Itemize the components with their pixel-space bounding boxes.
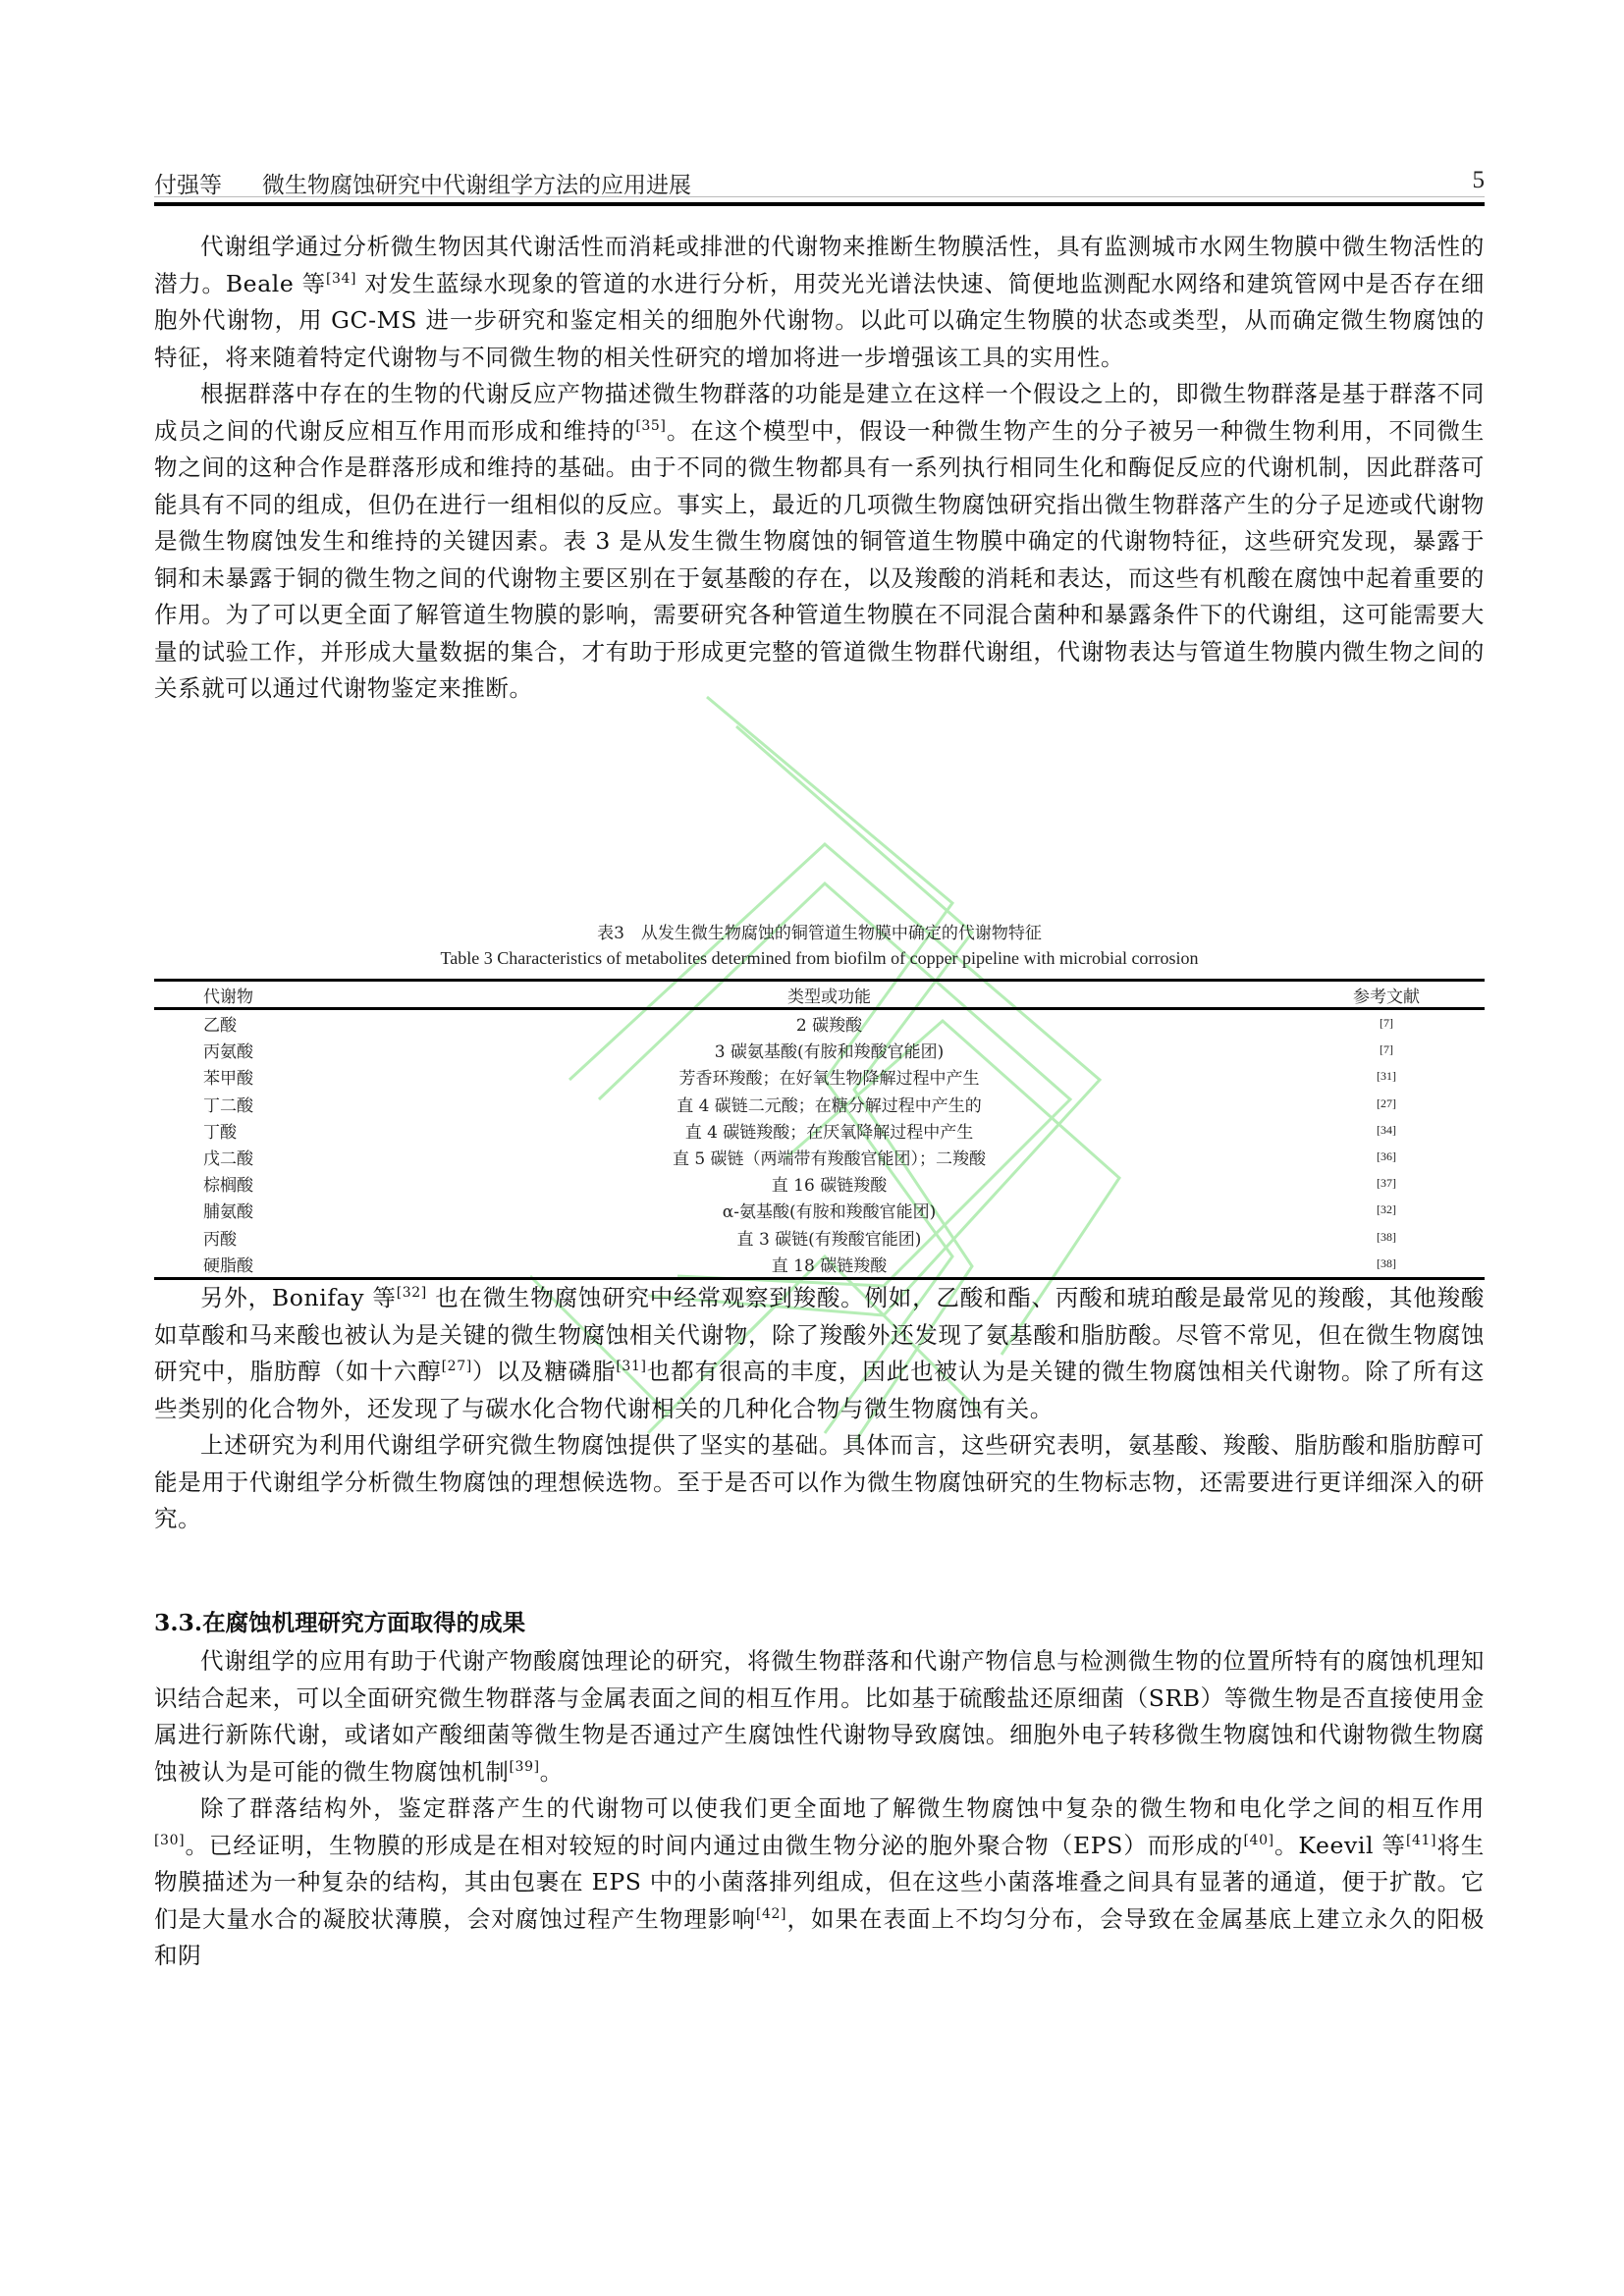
paragraph: 上述研究为利用代谢组学研究微生物腐蚀提供了坚实的基础。具体而言，这些研究表明，氨… xyxy=(154,1427,1485,1538)
header-rule xyxy=(154,202,1485,206)
paragraph: 代谢组学通过分析微生物因其代谢活性而消耗或排泄的代谢物来推断生物膜活性，具有监测… xyxy=(154,229,1485,376)
table-header-row: 代谢物 类型或功能 参考文献 xyxy=(154,981,1485,1009)
cell-reference: [31] xyxy=(1288,1063,1485,1090)
cell-metabolite: 丙酸 xyxy=(154,1224,370,1251)
header-title: 微生物腐蚀研究中代谢组学方法的应用进展 xyxy=(262,167,691,199)
table-caption-cn: 表3 从发生微生物腐蚀的铜管道生物膜中确定的代谢物特征 xyxy=(154,919,1485,943)
citation: [35] xyxy=(635,418,666,434)
table-row: 乙酸2 碳羧酸[7] xyxy=(154,1009,1485,1038)
cell-reference: [7] xyxy=(1288,1009,1485,1038)
cell-metabolite: 棕榈酸 xyxy=(154,1170,370,1197)
citation: [39] xyxy=(510,1759,540,1775)
table-row: 丁酸直 4 碳链羧酸；在厌氧降解过程中产生[34] xyxy=(154,1117,1485,1144)
body-middle: 另外，Bonifay 等[32] 也在微生物腐蚀研究中经常观察到羧酸。例如，乙酸… xyxy=(154,1280,1485,1538)
table-row: 硬脂酸直 18 碳链羧酸[38] xyxy=(154,1251,1485,1279)
citation: [40] xyxy=(1244,1833,1274,1848)
cell-type: 直 4 碳链羧酸；在厌氧降解过程中产生 xyxy=(370,1117,1288,1144)
cell-type: 直 3 碳链(有羧酸官能团) xyxy=(370,1224,1288,1251)
paragraph: 根据群落中存在的生物的代谢反应产物描述微生物群落的功能是建立在这样一个假设之上的… xyxy=(154,376,1485,708)
table-row: 脯氨酸α-氨基酸(有胺和羧酸官能团)[32] xyxy=(154,1197,1485,1223)
paragraph: 代谢组学的应用有助于代谢产物酸腐蚀理论的研究，将微生物群落和代谢产物信息与检测微… xyxy=(154,1643,1485,1790)
document-page: 付强等 微生物腐蚀研究中代谢组学方法的应用进展 5 代谢组学通过分析微生物因其代… xyxy=(0,0,1624,2296)
table-row: 丙酸直 3 碳链(有羧酸官能团)[38] xyxy=(154,1224,1485,1251)
cell-metabolite: 戊二酸 xyxy=(154,1144,370,1170)
cell-metabolite: 丁二酸 xyxy=(154,1091,370,1117)
cell-type: α-氨基酸(有胺和羧酸官能团) xyxy=(370,1197,1288,1223)
metabolites-table: 代谢物 类型或功能 参考文献 乙酸2 碳羧酸[7]丙氨酸3 碳氨基酸(有胺和羧酸… xyxy=(154,979,1485,1280)
page-number: 5 xyxy=(1473,167,1486,194)
cell-type: 2 碳羧酸 xyxy=(370,1009,1288,1038)
cell-type: 芳香环羧酸；在好氧生物降解过程中产生 xyxy=(370,1063,1288,1090)
table-caption-en: Table 3 Characteristics of metabolites d… xyxy=(154,948,1485,969)
cell-reference: [27] xyxy=(1288,1091,1485,1117)
cell-metabolite: 丁酸 xyxy=(154,1117,370,1144)
cell-metabolite: 乙酸 xyxy=(154,1009,370,1038)
citation: [32] xyxy=(397,1285,427,1301)
cell-metabolite: 脯氨酸 xyxy=(154,1197,370,1223)
cell-reference: [36] xyxy=(1288,1144,1485,1170)
cell-type: 直 18 碳链羧酸 xyxy=(370,1251,1288,1279)
cell-type: 直 4 碳链二元酸；在糖分解过程中产生的 xyxy=(370,1091,1288,1117)
table-row: 苯甲酸芳香环羧酸；在好氧生物降解过程中产生[31] xyxy=(154,1063,1485,1090)
cell-type: 直 5 碳链（两端带有羧酸官能团）；二羧酸 xyxy=(370,1144,1288,1170)
citation: [42] xyxy=(756,1906,786,1922)
cell-reference: [38] xyxy=(1288,1251,1485,1279)
citation: [34] xyxy=(326,271,356,287)
col-header-metabolite: 代谢物 xyxy=(154,981,370,1009)
cell-metabolite: 苯甲酸 xyxy=(154,1063,370,1090)
citation: [27] xyxy=(442,1359,472,1374)
col-header-reference: 参考文献 xyxy=(1288,981,1485,1009)
table-row: 丁二酸直 4 碳链二元酸；在糖分解过程中产生的[27] xyxy=(154,1091,1485,1117)
cell-type: 3 碳氨基酸(有胺和羧酸官能团) xyxy=(370,1037,1288,1063)
citation: [31] xyxy=(616,1359,646,1374)
body-bottom: 代谢组学的应用有助于代谢产物酸腐蚀理论的研究，将微生物群落和代谢产物信息与检测微… xyxy=(154,1643,1485,1975)
paragraph: 另外，Bonifay 等[32] 也在微生物腐蚀研究中经常观察到羧酸。例如，乙酸… xyxy=(154,1280,1485,1427)
cell-type: 直 16 碳链羧酸 xyxy=(370,1170,1288,1197)
body-top: 代谢组学通过分析微生物因其代谢活性而消耗或排泄的代谢物来推断生物膜活性，具有监测… xyxy=(154,229,1485,708)
paragraph: 除了群落结构外，鉴定群落产生的代谢物可以使我们更全面地了解微生物腐蚀中复杂的微生… xyxy=(154,1790,1485,1975)
header-authors: 付强等 xyxy=(154,167,222,199)
section-heading: 3.3.在腐蚀机理研究方面取得的成果 xyxy=(154,1604,525,1637)
cell-metabolite: 丙氨酸 xyxy=(154,1037,370,1063)
cell-metabolite: 硬脂酸 xyxy=(154,1251,370,1279)
header-rule-thin xyxy=(154,196,1485,197)
citation: [41] xyxy=(1406,1833,1436,1848)
cell-reference: [37] xyxy=(1288,1170,1485,1197)
table-row: 戊二酸直 5 碳链（两端带有羧酸官能团）；二羧酸[36] xyxy=(154,1144,1485,1170)
col-header-type: 类型或功能 xyxy=(370,981,1288,1009)
table-row: 丙氨酸3 碳氨基酸(有胺和羧酸官能团)[7] xyxy=(154,1037,1485,1063)
citation: [30] xyxy=(154,1833,185,1848)
cell-reference: [38] xyxy=(1288,1224,1485,1251)
cell-reference: [7] xyxy=(1288,1037,1485,1063)
cell-reference: [32] xyxy=(1288,1197,1485,1223)
cell-reference: [34] xyxy=(1288,1117,1485,1144)
table-row: 棕榈酸直 16 碳链羧酸[37] xyxy=(154,1170,1485,1197)
